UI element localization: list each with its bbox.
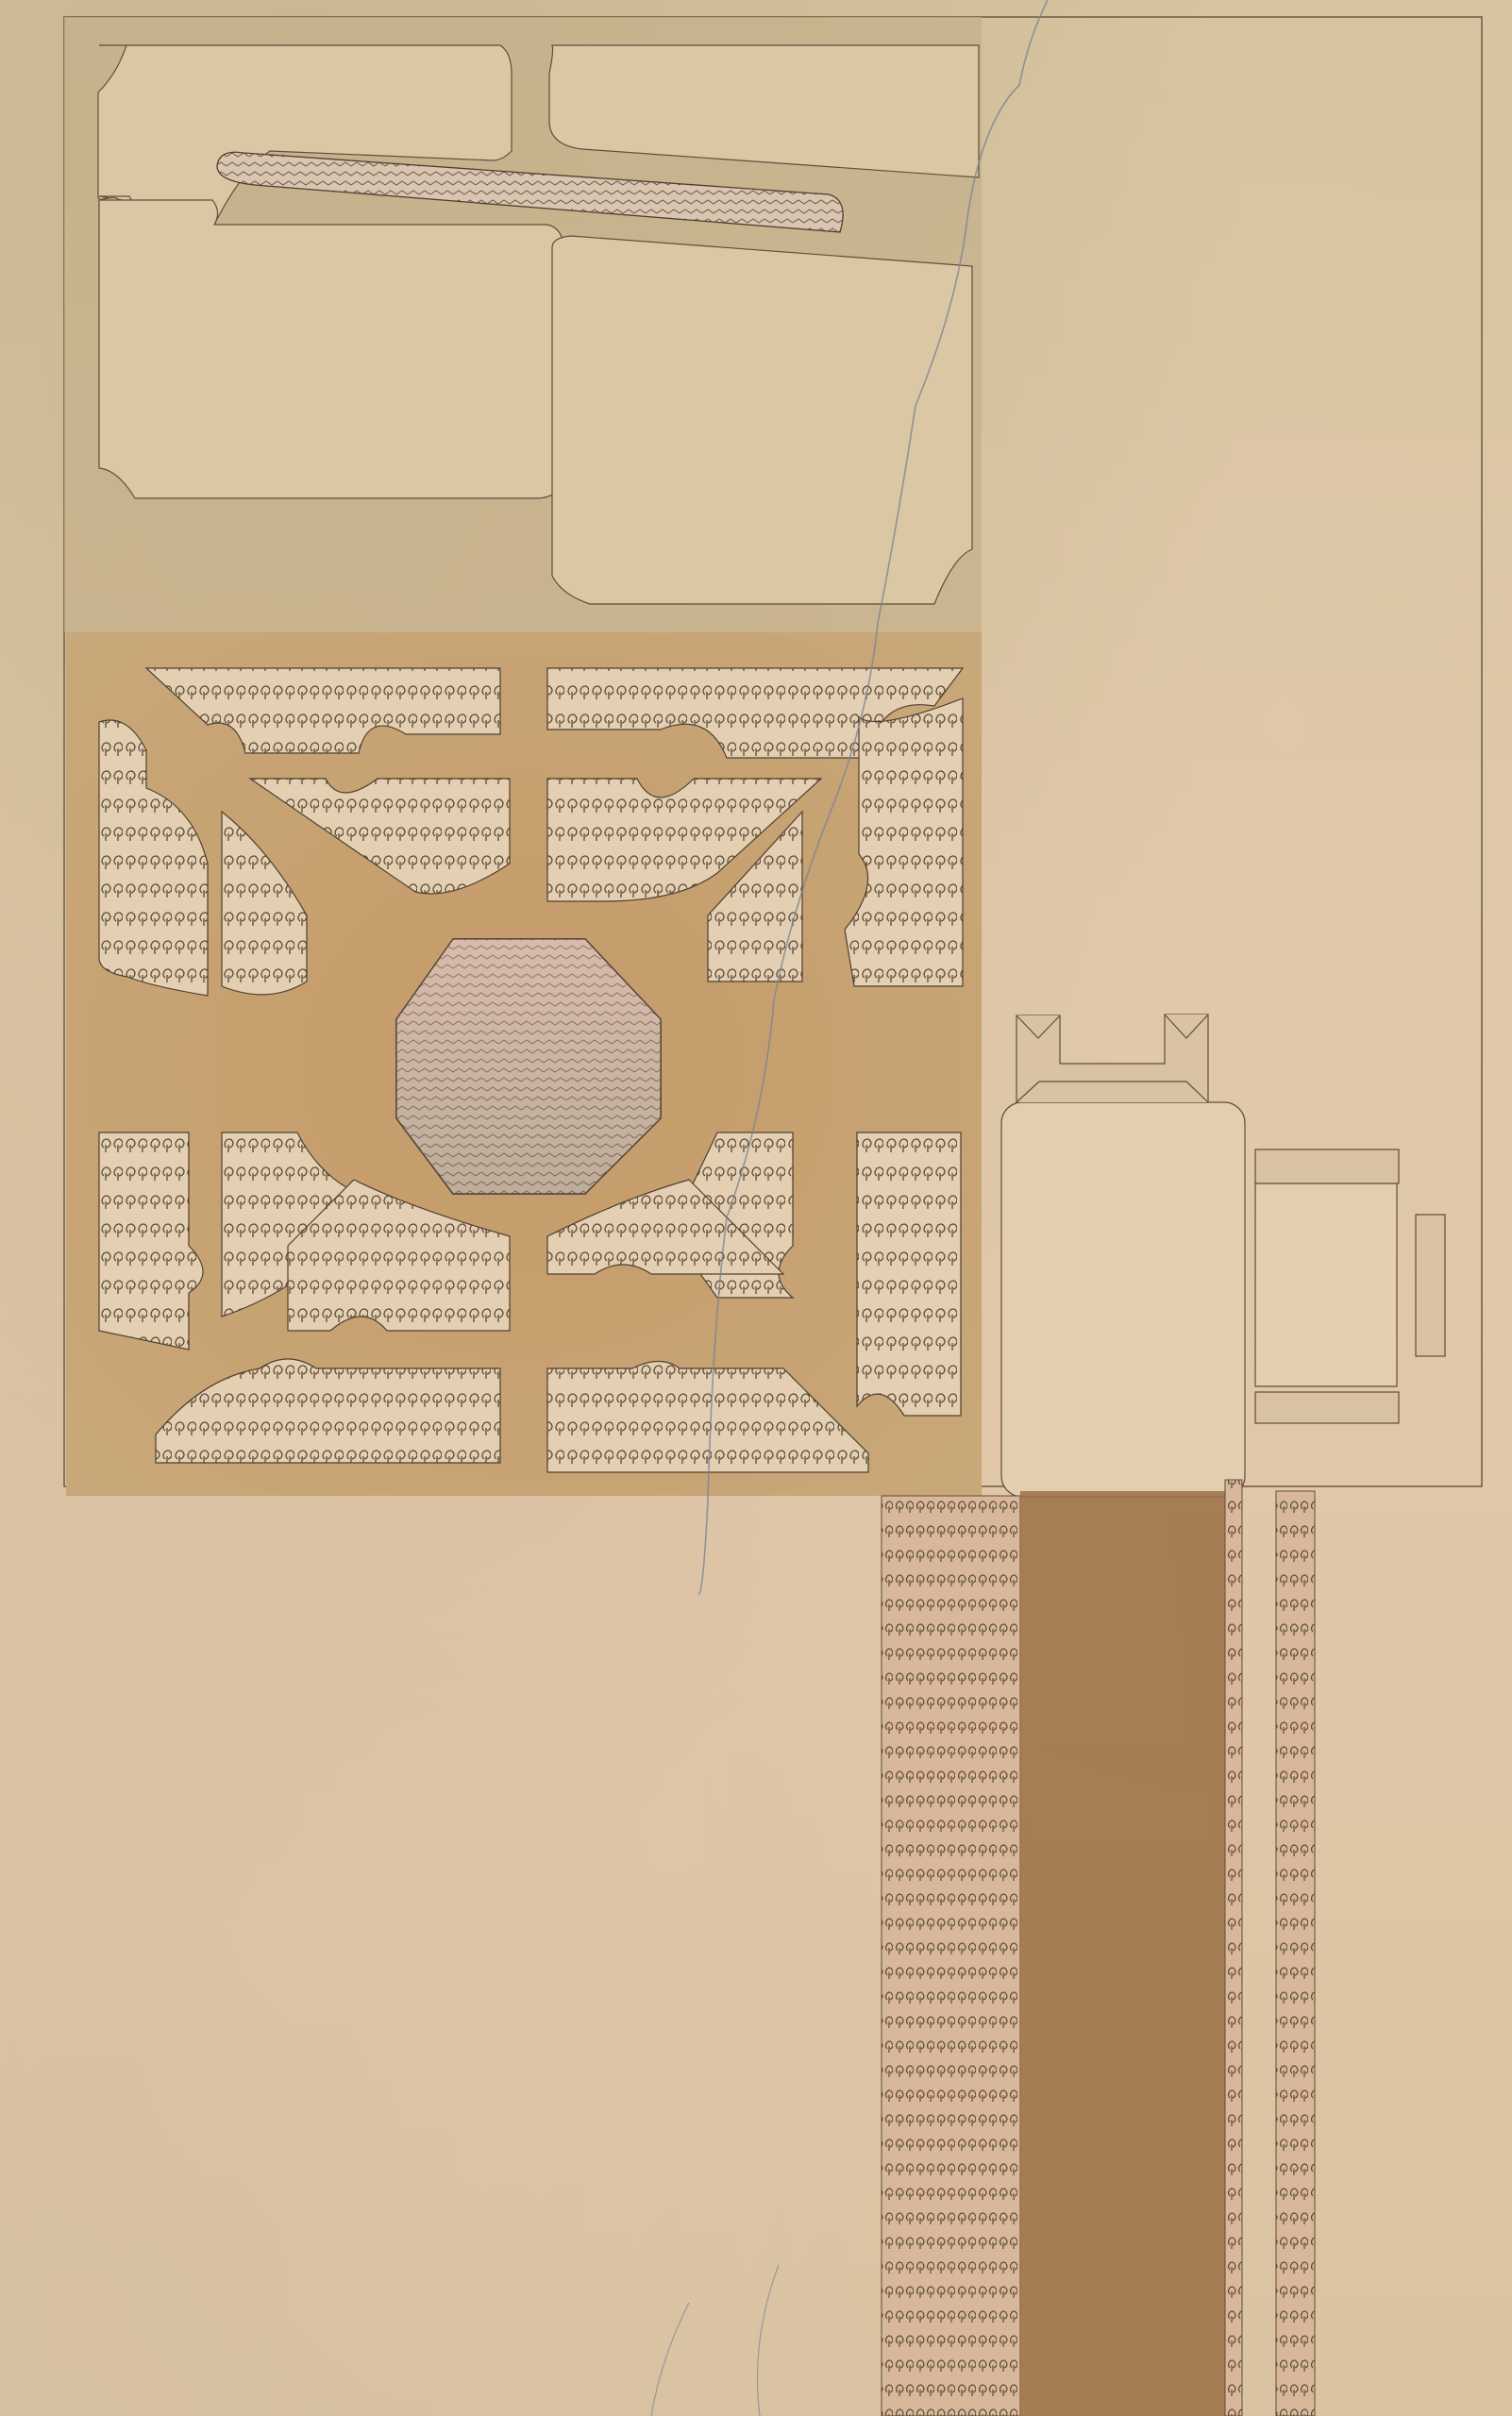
- building-wing: [1255, 1183, 1397, 1386]
- u-shaped-pavilion: [1016, 1015, 1208, 1102]
- avenue-tree-row-right: [1276, 1491, 1315, 2416]
- garden-plan-drawing: [0, 0, 1512, 2416]
- compartment-bottom-right: [552, 236, 972, 604]
- central-allee: [1020, 1491, 1225, 2416]
- avenue-tree-row-thin: [1225, 1480, 1242, 2416]
- avenue-tree-row-left: [882, 1496, 1020, 2416]
- building-main-block: [1001, 1102, 1245, 1497]
- compartment-bottom-left: [99, 198, 564, 499]
